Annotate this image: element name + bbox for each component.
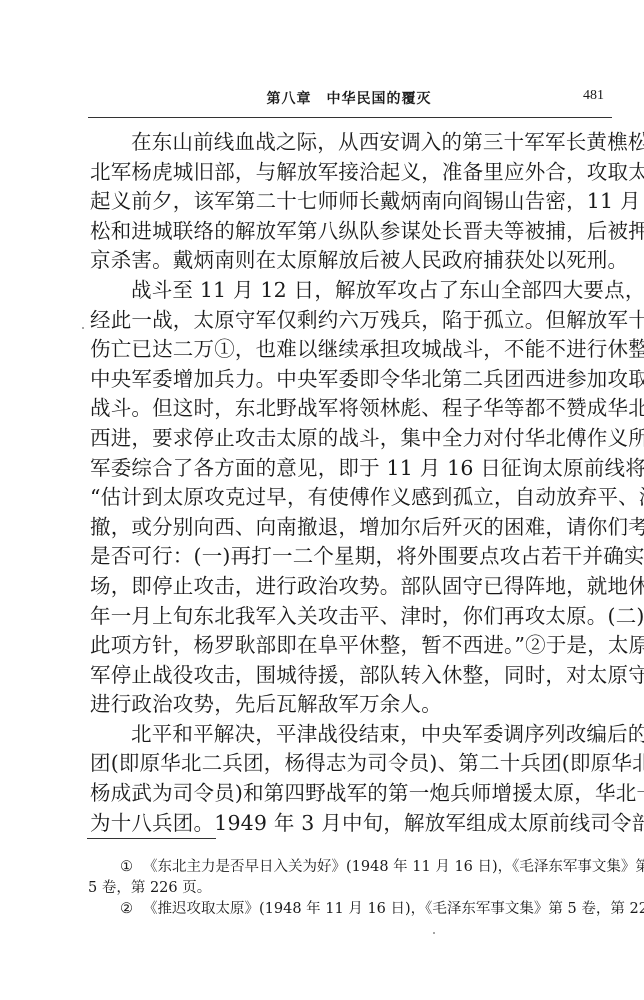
footnote-text: 《推迟攻取太原》(1948 年 11 月 16 日)，《毛泽东军事文集》第 5 … bbox=[143, 901, 644, 917]
text-line: 起义前夕，该军第二十七师师长戴炳南向阎锡山告密，11 月 2 日，黄樵 bbox=[90, 187, 612, 217]
footnote-text: 《东北主力是否早日入关为好》(1948 年 11 月 16 日)，《毛泽东军事文… bbox=[143, 859, 644, 875]
text-line: 是否可行：(一)再打一二个星期，将外围要点攻占若干并确实控制机 bbox=[90, 542, 612, 572]
text-line: 京杀害。戴炳南则在太原解放后被人民政府捕获处以死刑。 bbox=[90, 246, 612, 276]
text-line: 此项方针，杨罗耿部即在阜平休整，暂不西进。”②于是，太原前线解放 bbox=[90, 631, 612, 661]
text-line: 进行政治攻势，先后瓦解敌军万余人。 bbox=[90, 690, 612, 720]
scan-speck bbox=[82, 327, 84, 329]
footnote-2: ②《推迟攻取太原》(1948 年 11 月 16 日)，《毛泽东军事文集》第 5… bbox=[88, 899, 608, 920]
text-line: “估计到太原攻克过早，有使傅作义感到孤立，自动放弃平、津、张、唐南 bbox=[90, 483, 612, 513]
footnote-1-continued: 5 卷，第 226 页。 bbox=[88, 878, 608, 899]
text-line: 战斗。但这时，东北野战军将领林彪、程子华等都不赞成华北第二兵团 bbox=[90, 394, 612, 424]
text-line: 在东山前线血战之际，从西安调入的第三十军军长黄樵松，原系西 bbox=[90, 128, 612, 158]
footnote-1: ①《东北主力是否早日入关为好》(1948 年 11 月 16 日)，《毛泽东军事… bbox=[88, 857, 608, 878]
text-line: 军停止战役攻击，围城待援，部队转入休整，同时，对太原守军下级官兵 bbox=[90, 661, 612, 691]
footnote-marker: ① bbox=[120, 859, 133, 875]
text-line: 北军杨虎城旧部，与解放军接洽起义，准备里应外合，攻取太原。但在 bbox=[90, 158, 612, 188]
text-line: 中央军委增加兵力。中央军委即令华北第二兵团西进参加攻取太原的 bbox=[90, 365, 612, 395]
footnote-rule bbox=[87, 838, 216, 839]
text-line: 西进，要求停止攻击太原的战斗，集中全力对付华北傅作义所部。中央 bbox=[90, 424, 612, 454]
text-line: 北平和平解决，平津战役结束，中央军委调序列改编后的第十九兵 bbox=[90, 720, 612, 750]
header-rule bbox=[88, 117, 612, 118]
book-page: 第八章 中华民国的覆灭 481 在东山前线血战之际，从西安调入的第三十军军长黄樵… bbox=[0, 0, 644, 1000]
text-line: 杨成武为司令员)和第四野战军的第一炮兵师增援太原，华北一兵团改 bbox=[90, 779, 612, 809]
text-line: 伤亡已达二万①，也难以继续承担攻城战斗，不能不进行休整，并要求 bbox=[90, 335, 612, 365]
text-line: 场，即停止攻击，进行政治攻势。部队固守已得阵地，就地休整。待明 bbox=[90, 572, 612, 602]
scan-speck bbox=[433, 932, 435, 934]
body-text: 在东山前线血战之际，从西安调入的第三十军军长黄樵松，原系西 北军杨虎城旧部，与解… bbox=[90, 128, 612, 838]
text-line: 经此一战，太原守军仅剩约六万残兵，陷于孤立。但解放军十万之众， bbox=[90, 306, 612, 336]
page-number: 481 bbox=[583, 88, 604, 104]
text-line: 为十八兵团。1949 年 3 月中旬，解放军组成太原前线司令部，以徐向 bbox=[90, 809, 612, 839]
text-line: 团(即原华北二兵团，杨得志为司令员)、第二十兵团(即原华北三兵团， bbox=[90, 749, 612, 779]
text-line: 撤，或分别向西、向南撤退，增加尔后歼灭的困难，请你们考虑下列方针 bbox=[90, 513, 612, 543]
running-header: 第八章 中华民国的覆灭 481 bbox=[88, 88, 610, 112]
text-line: 战斗至 11 月 12 日，解放军攻占了东山全部四大要点，俯瞰全城。 bbox=[90, 276, 612, 306]
footnotes: ①《东北主力是否早日入关为好》(1948 年 11 月 16 日)，《毛泽东军事… bbox=[88, 857, 608, 920]
text-line: 军委综合了各方面的意见，即于 11 月 16 日征询太原前线将领的意见： bbox=[90, 454, 612, 484]
footnote-marker: ② bbox=[120, 901, 133, 917]
chapter-title: 第八章 中华民国的覆灭 bbox=[88, 88, 610, 108]
text-line: 松和进城联络的解放军第八纵队参谋处长晋夫等被捕，后被押解到南 bbox=[90, 217, 612, 247]
text-line: 年一月上旬东北我军入关攻击平、津时，你们再攻太原。(二)如果采取 bbox=[90, 602, 612, 632]
